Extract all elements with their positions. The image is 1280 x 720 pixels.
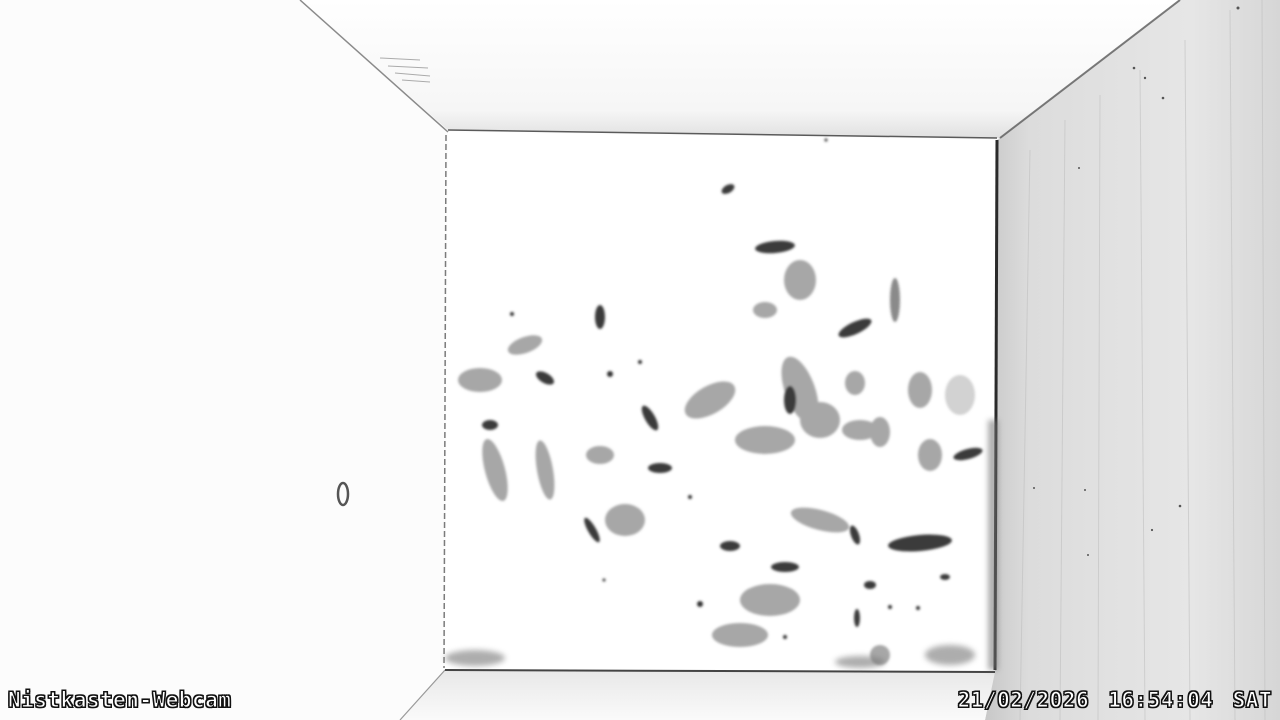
left-wall (0, 0, 448, 720)
nest-box-scene (0, 0, 1280, 720)
front-wall (400, 670, 995, 720)
timestamp-date: 21/02/2026 (958, 688, 1089, 712)
timestamp-time: 16:54:04 (1108, 688, 1213, 712)
timestamp-weekday: SAT (1233, 688, 1272, 712)
timestamp-overlay: 21/02/2026 16:54:04 SAT (958, 690, 1272, 711)
webcam-frame: Nistkasten-Webcam 21/02/2026 16:54:04 SA… (0, 0, 1280, 720)
camera-caption: Nistkasten-Webcam (8, 690, 231, 711)
